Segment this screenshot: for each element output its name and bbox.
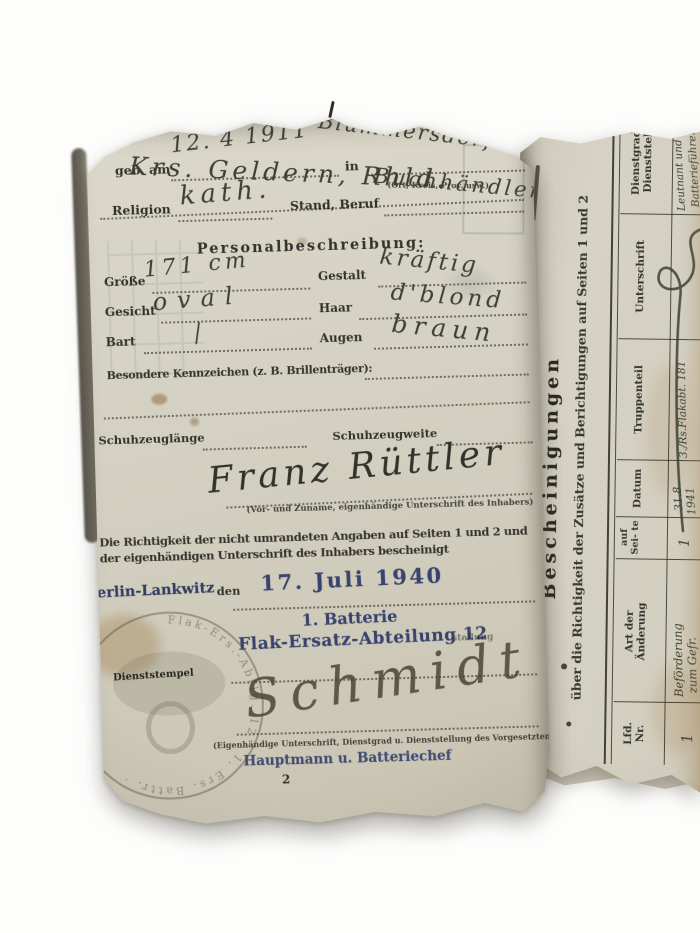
left-page-wrap: geb. am in 12. 4 1911 Blummersdorf (Ort,… [86, 111, 552, 835]
gesicht-handwriting: oval [152, 281, 244, 316]
dotted-line [365, 371, 529, 380]
stand-beruf-label: Stand, Beruf [290, 196, 379, 213]
col-header-lfd-nr: Lfd. Nr. [622, 713, 647, 753]
gestalt-handwriting: kräftig [379, 244, 480, 279]
unit-stamp-line1: 1. Batterie [301, 606, 398, 629]
col-header-dienstgrad: Dienstgrad und Dienststellung [629, 123, 655, 213]
col-header-unterschrift: Unterschrift [634, 214, 648, 338]
gestalt-label: Gestalt [318, 268, 366, 283]
groesse-label: Größe [104, 274, 146, 289]
table-rule [611, 123, 621, 764]
religion-handwriting: kath. [179, 174, 273, 211]
bart-label: Bart [106, 334, 136, 349]
date-stamp: 17. Juli 1940 [260, 562, 444, 595]
col-header-truppenteil: Truppenteil [632, 339, 646, 459]
stain [190, 418, 199, 426]
dotted-line [178, 216, 272, 223]
rank-stamp: Hauptmann u. Batteriechef [243, 748, 451, 770]
owner-signature: Franz Rüttler [206, 432, 507, 502]
dotted-line [203, 444, 307, 451]
place-stamp: Berlin-Lankwitz [86, 579, 215, 602]
col-header-auf-seite: auf Sei- te [619, 518, 642, 556]
col-header-datum: Datum [631, 460, 644, 516]
round-service-stamp: Flak-Ers.-Abtlg. 12 · 1. Ers. Battr. · [86, 605, 271, 806]
left-page: geb. am in 12. 4 1911 Blummersdorf (Ort,… [86, 111, 552, 835]
ink-stroke [328, 101, 334, 118]
bescheinigungen-subtitle: über die Richtigkeit der Zusätze und Ber… [568, 128, 592, 768]
col-header-art: Art der Änderung [623, 581, 648, 681]
photo-of-wehrpass: geb. am in 12. 4 1911 Blummersdorf (Ort,… [0, 0, 700, 933]
gesicht-label: Gesicht [105, 304, 156, 319]
birth-place-handwriting: Blummersdorf [317, 111, 495, 152]
haar-label: Haar [319, 300, 353, 315]
den-label: den [217, 584, 241, 599]
birth-date-handwriting: 12. 4 1911 [169, 118, 310, 159]
religion-label: Religion [112, 201, 171, 218]
augen-label: Augen [319, 330, 362, 345]
page-number: 2 [282, 772, 291, 786]
schuhzeuglaenge-label: Schuhzeuglänge [98, 431, 205, 448]
dotted-line [104, 399, 530, 419]
stain [151, 394, 167, 405]
